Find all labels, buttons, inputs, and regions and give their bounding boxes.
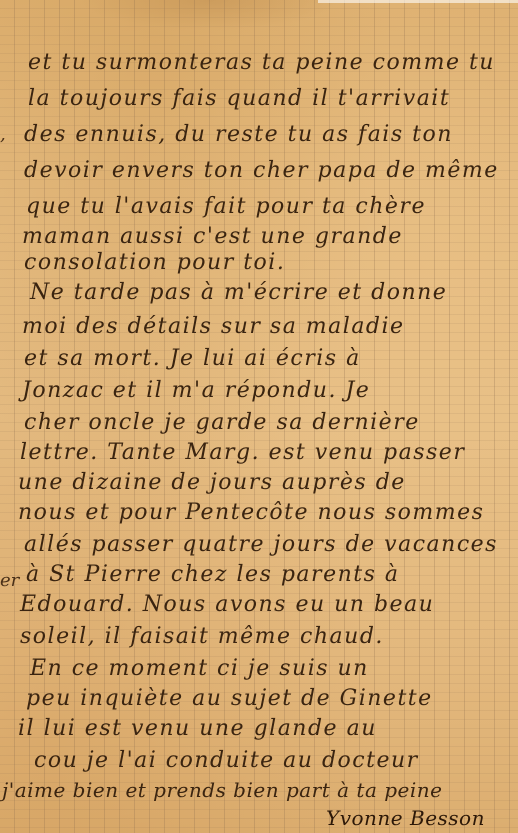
letter-line: une dizaine de jours auprès de [18, 472, 406, 494]
letter-line: devoir envers ton cher papa de même [24, 160, 499, 182]
letter-line: Jonzac et il m'a répondu. Je [22, 380, 370, 402]
letter-line: et sa mort. Je lui ai écris à [24, 348, 361, 370]
letter-line: maman aussi c'est une grande [22, 226, 403, 248]
letter-line: peu inquiète au sujet de Ginette [26, 688, 433, 710]
letter-line: que tu l'avais fait pour ta chère [26, 196, 426, 218]
letter-line: soleil, il faisait même chaud. [20, 626, 384, 648]
letter-line: la toujours fais quand il t'arrivait [28, 88, 450, 110]
letter-line: lettre. Tante Marg. est venu passer [20, 442, 465, 464]
letter-line: consolation pour toi. [24, 252, 285, 274]
letter-line: à St Pierre chez les parents à [26, 564, 400, 586]
letter-line: j'aime bien et prends bien part à ta pei… [2, 780, 443, 800]
letter-body: et tu surmonteras ta peine comme tu la t… [0, 0, 518, 833]
letter-line: Edouard. Nous avons eu un beau [20, 594, 434, 616]
letter-line: En ce moment ci je suis un [30, 658, 369, 680]
letter-line: nous et pour Pentecôte nous sommes [18, 502, 484, 524]
letter-line: cou je l'ai conduite au docteur [34, 750, 419, 772]
letter-line: des ennuis, du reste tu as fais ton [24, 124, 453, 146]
letter-line: cher oncle je garde sa dernière [24, 412, 420, 434]
letter-line: et tu surmonteras ta peine comme tu [28, 52, 495, 74]
signature: Yvonne Besson [326, 806, 485, 830]
margin-note: er [0, 572, 19, 590]
letter-line: il lui est venu une glande au [18, 718, 377, 740]
letter-line: allés passer quatre jours de vacances [24, 534, 498, 556]
margin-note: , [0, 126, 6, 144]
letter-line: Ne tarde pas à m'écrire et donne [30, 282, 447, 304]
letter-line: moi des détails sur sa maladie [22, 316, 405, 338]
letter-page: et tu surmonteras ta peine comme tu la t… [0, 0, 518, 833]
